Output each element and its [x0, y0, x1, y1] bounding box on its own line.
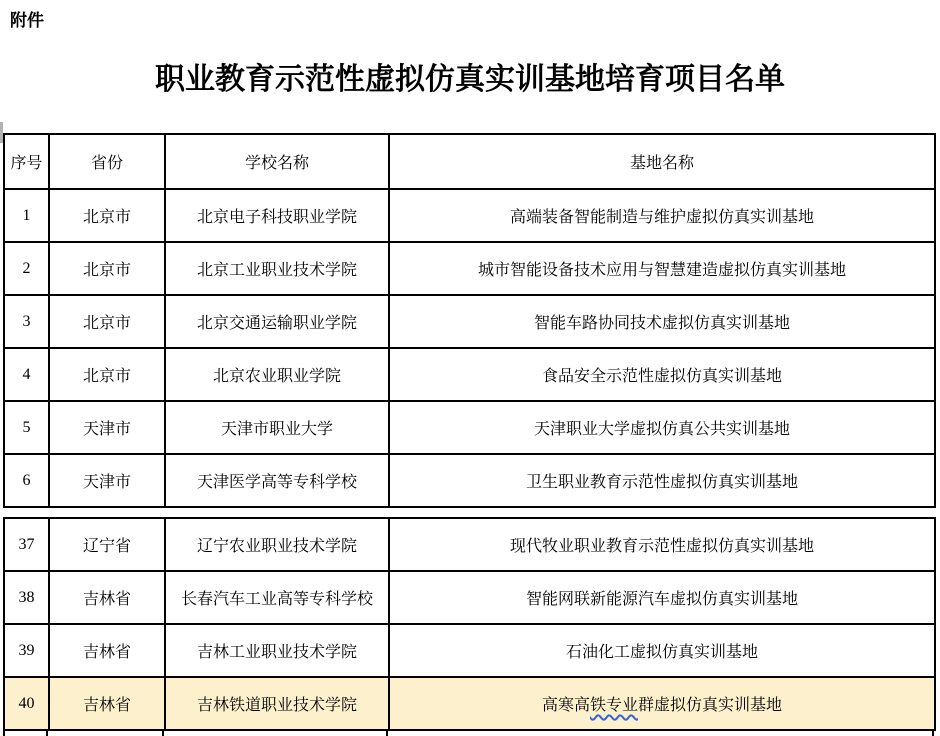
project-table-section-2: 37 辽宁省 辽宁农业职业技术学院 现代牧业职业教育示范性虚拟仿真实训基地 38… [3, 517, 936, 731]
next-row-stub [3, 731, 934, 736]
cell-school: 天津市职业大学 [165, 401, 389, 454]
cell-base: 卫生职业教育示范性虚拟仿真实训基地 [389, 454, 935, 507]
cell-province: 辽宁省 [49, 518, 165, 571]
column-header-no: 序号 [4, 134, 49, 189]
cell-province: 吉林省 [49, 624, 165, 677]
cell-province: 北京市 [49, 348, 165, 401]
cell-province: 天津市 [49, 454, 165, 507]
cell-province: 北京市 [49, 295, 165, 348]
table-row: 1 北京市 北京电子科技职业学院 高端装备智能制造与维护虚拟仿真实训基地 [4, 189, 935, 242]
cell-base: 天津职业大学虚拟仿真公共实训基地 [389, 401, 935, 454]
column-header-province: 省份 [49, 134, 165, 189]
cell-no: 40 [4, 677, 49, 730]
table-row: 2 北京市 北京工业职业技术学院 城市智能设备技术应用与智慧建造虚拟仿真实训基地 [4, 242, 935, 295]
base-name-spellcheck-part: 铁专业 [590, 697, 638, 714]
table-row: 37 辽宁省 辽宁农业职业技术学院 现代牧业职业教育示范性虚拟仿真实训基地 [4, 518, 935, 571]
cell-school: 辽宁农业职业技术学院 [165, 518, 389, 571]
page-title: 职业教育示范性虚拟仿真实训基地培育项目名单 [0, 62, 940, 98]
cell-school: 天津医学高等专科学校 [165, 454, 389, 507]
cell-school: 北京农业职业学院 [165, 348, 389, 401]
cell-no: 38 [4, 571, 49, 624]
cell-school: 北京电子科技职业学院 [165, 189, 389, 242]
cell-no: 39 [4, 624, 49, 677]
table-gridline [46, 731, 48, 736]
cell-school: 吉林工业职业技术学院 [165, 624, 389, 677]
table-header-row: 序号 省份 学校名称 基地名称 [4, 134, 935, 189]
cell-province: 吉林省 [49, 571, 165, 624]
table-gridline [162, 731, 164, 736]
cell-base: 食品安全示范性虚拟仿真实训基地 [389, 348, 935, 401]
cell-no: 4 [4, 348, 49, 401]
cell-base: 高寒高铁专业群虚拟仿真实训基地 [389, 677, 935, 730]
cell-base: 高端装备智能制造与维护虚拟仿真实训基地 [389, 189, 935, 242]
cell-school: 北京工业职业技术学院 [165, 242, 389, 295]
table-gridline [932, 731, 934, 736]
cell-province: 天津市 [49, 401, 165, 454]
cell-base: 智能车路协同技术虚拟仿真实训基地 [389, 295, 935, 348]
table-gridline [386, 731, 388, 736]
column-header-school: 学校名称 [165, 134, 389, 189]
table-row: 38 吉林省 长春汽车工业高等专科学校 智能网联新能源汽车虚拟仿真实训基地 [4, 571, 935, 624]
cell-no: 6 [4, 454, 49, 507]
table-row: 4 北京市 北京农业职业学院 食品安全示范性虚拟仿真实训基地 [4, 348, 935, 401]
cell-school: 长春汽车工业高等专科学校 [165, 571, 389, 624]
cell-no: 1 [4, 189, 49, 242]
cell-school: 吉林铁道职业技术学院 [165, 677, 389, 730]
cell-no: 5 [4, 401, 49, 454]
table-row: 3 北京市 北京交通运输职业学院 智能车路协同技术虚拟仿真实训基地 [4, 295, 935, 348]
cell-school: 北京交通运输职业学院 [165, 295, 389, 348]
attachment-label: 附件 [10, 6, 44, 31]
cell-no: 2 [4, 242, 49, 295]
table-row-highlighted: 40 吉林省 吉林铁道职业技术学院 高寒高铁专业群虚拟仿真实训基地 [4, 677, 935, 730]
project-table-section-1: 序号 省份 学校名称 基地名称 1 北京市 北京电子科技职业学院 高端装备智能制… [3, 133, 936, 508]
table-gridline [3, 731, 5, 736]
column-header-base: 基地名称 [389, 134, 935, 189]
cell-no: 37 [4, 518, 49, 571]
table-row: 5 天津市 天津市职业大学 天津职业大学虚拟仿真公共实训基地 [4, 401, 935, 454]
cell-province: 吉林省 [49, 677, 165, 730]
cell-no: 3 [4, 295, 49, 348]
cell-base: 城市智能设备技术应用与智慧建造虚拟仿真实训基地 [389, 242, 935, 295]
cell-base: 智能网联新能源汽车虚拟仿真实训基地 [389, 571, 935, 624]
cell-base: 现代牧业职业教育示范性虚拟仿真实训基地 [389, 518, 935, 571]
table-row: 39 吉林省 吉林工业职业技术学院 石油化工虚拟仿真实训基地 [4, 624, 935, 677]
table-row: 6 天津市 天津医学高等专科学校 卫生职业教育示范性虚拟仿真实训基地 [4, 454, 935, 507]
base-name-part: 群虚拟仿真实训基地 [638, 697, 782, 714]
cell-base: 石油化工虚拟仿真实训基地 [389, 624, 935, 677]
base-name-part: 高寒高 [542, 697, 590, 714]
cell-province: 北京市 [49, 242, 165, 295]
cell-province: 北京市 [49, 189, 165, 242]
